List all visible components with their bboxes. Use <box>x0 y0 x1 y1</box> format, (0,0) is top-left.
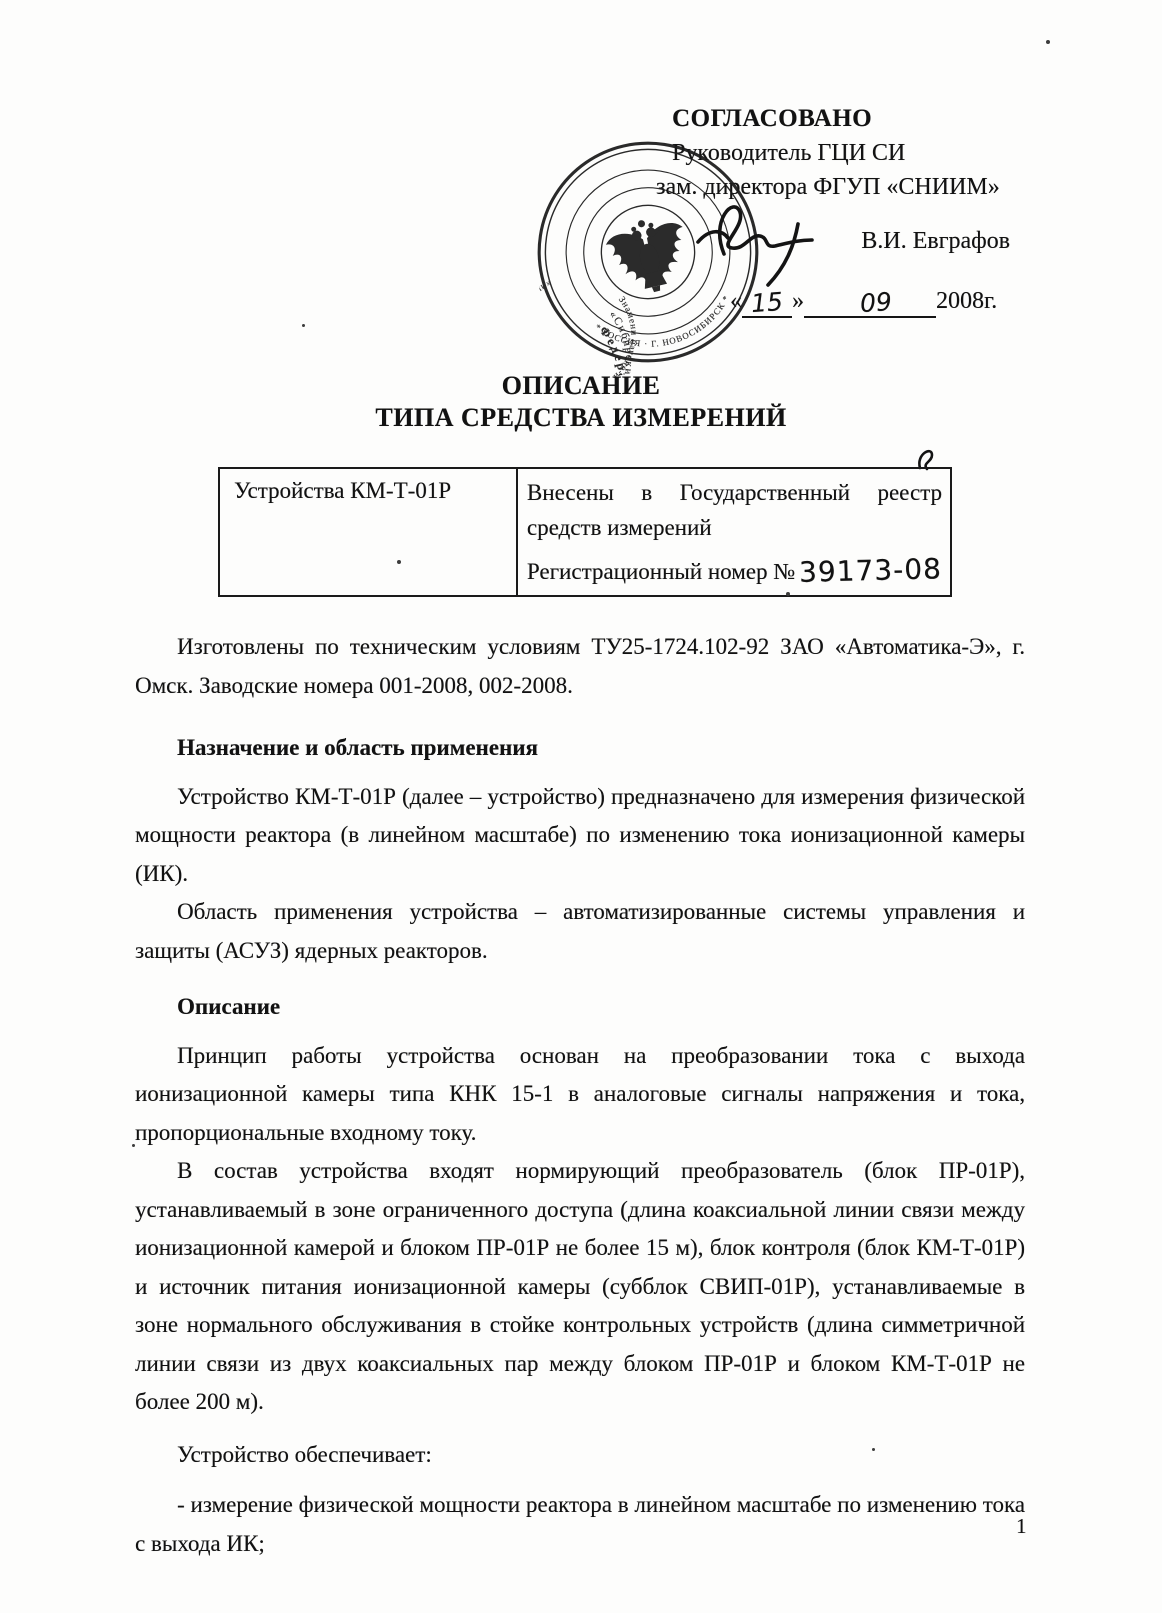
document-title: ОПИСАНИЕ ТИПА СРЕДСТВА ИЗМЕРЕНИЙ <box>136 370 1026 434</box>
registry-entry-line1: Внесены в Государственный реестр <box>527 475 942 510</box>
scan-artifact-dot <box>302 324 305 327</box>
registration-number-line: Регистрационный номер №39173-08 <box>527 552 942 589</box>
registry-table: Устройства КМ-Т-01Р Внесены в Государств… <box>218 467 952 597</box>
scan-artifact-dot <box>872 1448 875 1451</box>
scan-artifact-dot <box>786 592 790 596</box>
intro-paragraph: Изготовлены по техническим условиям ТУ25… <box>135 628 1025 705</box>
instrument-name: Устройства КМ-Т-01Р <box>234 478 451 503</box>
date-month-handwritten: 09 <box>859 285 893 321</box>
page-number: 1 <box>1016 1514 1027 1539</box>
signature-scribble <box>690 190 850 305</box>
scan-artifact-dot <box>132 1144 135 1147</box>
table-cell-instrument: Устройства КМ-Т-01Р <box>220 469 518 595</box>
section-heading-description: Описание <box>135 988 1025 1027</box>
description-bullet-1: - измерение физической мощности реактора… <box>135 1486 1025 1563</box>
registration-number-label: Регистрационный номер № <box>527 559 795 584</box>
registration-number-handwritten: 39173-08 <box>799 551 943 590</box>
section-heading-purpose: Назначение и область применения <box>135 729 1025 768</box>
registry-entry-line2: средств измерений <box>527 515 712 540</box>
purpose-paragraph-1: Устройство КМ-Т-01Р (далее – устройство)… <box>135 778 1025 894</box>
document-title-line1: ОПИСАНИЕ <box>136 370 1026 402</box>
scan-artifact-dot <box>397 560 401 564</box>
description-paragraph-2: В состав устройства входят нормирующий п… <box>135 1152 1025 1422</box>
description-paragraph-3: Устройство обеспечивает: <box>135 1436 1025 1475</box>
document-body: Изготовлены по техническим условиям ТУ25… <box>135 628 1025 1563</box>
date-year: 2008г. <box>936 288 997 314</box>
purpose-paragraph-2: Область применения устройства – автомати… <box>135 893 1025 970</box>
scanned-document-page: СОГЛАСОВАНО Руководитель ГЦИ СИ зам. дир… <box>0 0 1162 1613</box>
scan-artifact-dot <box>1046 40 1050 44</box>
document-title-line2: ТИПА СРЕДСТВА ИЗМЕРЕНИЙ <box>136 402 1026 434</box>
description-paragraph-1: Принцип работы устройства основан на пре… <box>135 1037 1025 1153</box>
table-cell-registry: Внесены в Государственный реестр средств… <box>518 469 950 595</box>
